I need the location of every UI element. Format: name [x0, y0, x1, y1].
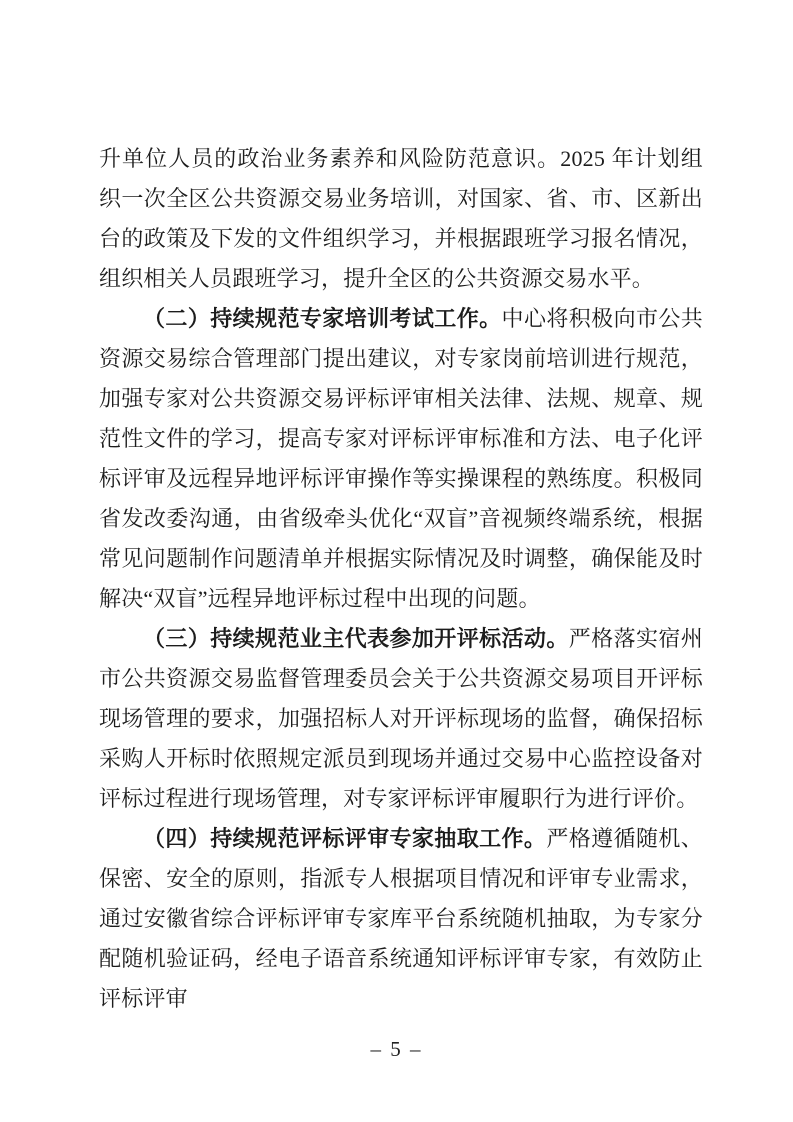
paragraph-text: 严格遵循随机、保密、安全的原则，指派专人根据项目情况和评审专业需求，通过安徽省综… — [99, 826, 703, 1011]
paragraph: 升单位人员的政治业务素养和风险防范意识。2025 年计划组织一次全区公共资源交易… — [99, 139, 703, 299]
document-page: 升单位人员的政治业务素养和风险防范意识。2025 年计划组织一次全区公共资源交易… — [0, 0, 793, 1122]
paragraph-heading: （三）持续规范业主代表参加开评标活动。 — [143, 626, 569, 651]
paragraphs-container: 升单位人员的政治业务素养和风险防范意识。2025 年计划组织一次全区公共资源交易… — [99, 139, 703, 1019]
page-number: – 5 – — [371, 1037, 423, 1061]
paragraph-heading: （二）持续规范专家培训考试工作。 — [143, 306, 502, 331]
paragraph-text: 严格落实宿州市公共资源交易监督管理委员会关于公共资源交易项目开评标现场管理的要求… — [99, 626, 703, 811]
paragraph: （二）持续规范专家培训考试工作。中心将积极向市公共资源交易综合管理部门提出建议，… — [99, 299, 703, 619]
paragraph: （三）持续规范业主代表参加开评标活动。严格落实宿州市公共资源交易监督管理委员会关… — [99, 619, 703, 819]
document-body: 升单位人员的政治业务素养和风险防范意识。2025 年计划组织一次全区公共资源交易… — [99, 139, 703, 1019]
paragraph-heading: （四）持续规范评标评审专家抽取工作。 — [143, 826, 546, 851]
paragraph-text: 中心将积极向市公共资源交易综合管理部门提出建议，对专家岗前培训进行规范，加强专家… — [99, 306, 703, 611]
paragraph: （四）持续规范评标评审专家抽取工作。严格遵循随机、保密、安全的原则，指派专人根据… — [99, 819, 703, 1019]
paragraph-text: 升单位人员的政治业务素养和风险防范意识。2025 年计划组织一次全区公共资源交易… — [99, 146, 703, 291]
page-footer: – 5 – — [0, 1034, 793, 1064]
